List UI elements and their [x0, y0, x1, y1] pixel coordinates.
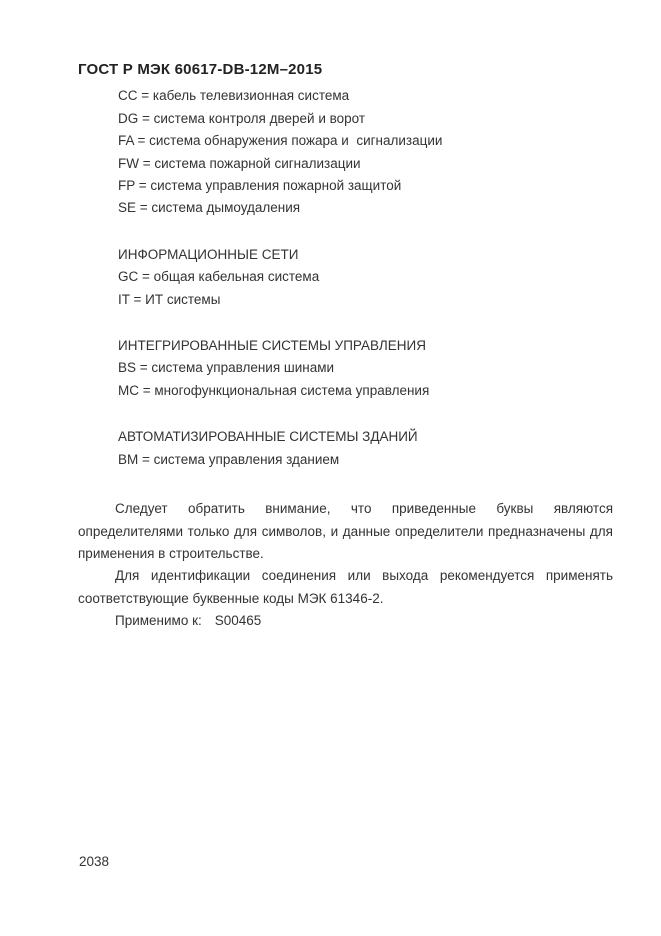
abbreviation-item: BS = система управления шинами	[118, 357, 613, 379]
applies-to-label: Применимо к:	[115, 613, 202, 628]
paragraph-line: соответствующие буквенные коды МЭК 61346…	[78, 588, 613, 610]
document-page: ГОСТ Р МЭК 60617-DB-12M–2015 CC = кабель…	[0, 0, 661, 936]
abbreviation-group-information-networks: ИНФОРМАЦИОННЫЕ СЕТИ GC = общая кабельная…	[78, 244, 613, 311]
abbreviation-item: FW = система пожарной сигнализации	[118, 153, 613, 175]
abbreviation-item: FA = система обнаружения пожара и сигнал…	[118, 130, 613, 152]
paragraph-line: Следует обратить внимание, что приведенн…	[78, 498, 613, 520]
applies-to-value: S00465	[215, 613, 262, 628]
paragraph-line: применения в строительстве.	[78, 543, 613, 565]
abbreviation-item: SE = система дымоудаления	[118, 197, 613, 219]
page-number: 2038	[79, 851, 109, 873]
section-heading: ИНФОРМАЦИОННЫЕ СЕТИ	[118, 244, 613, 266]
recommendation-paragraph: Для идентификации соединения или выхода …	[78, 565, 613, 610]
paragraph-line: определителями только для символов, и да…	[78, 521, 613, 543]
abbreviation-item: GC = общая кабельная система	[118, 266, 613, 288]
document-title: ГОСТ Р МЭК 60617-DB-12M–2015	[78, 59, 613, 81]
abbreviation-item: CC = кабель телевизионная система	[118, 85, 613, 107]
note-paragraph: Следует обратить внимание, что приведенн…	[78, 498, 613, 565]
paragraph-line: Для идентификации соединения или выхода …	[78, 565, 613, 587]
abbreviation-group-integrated-control: ИНТЕГРИРОВАННЫЕ СИСТЕМЫ УПРАВЛЕНИЯ BS = …	[78, 335, 613, 402]
abbreviation-item: IT = ИТ системы	[118, 289, 613, 311]
abbreviation-item: MC = многофункциональная система управле…	[118, 380, 613, 402]
section-heading: АВТОМАТИЗИРОВАННЫЕ СИСТЕМЫ ЗДАНИЙ	[118, 426, 613, 448]
applies-to-row: Применимо к:S00465	[78, 610, 613, 632]
abbreviation-group-automated-buildings: АВТОМАТИЗИРОВАННЫЕ СИСТЕМЫ ЗДАНИЙ BM = с…	[78, 426, 613, 471]
abbreviation-item: DG = система контроля дверей и ворот	[118, 108, 613, 130]
section-heading: ИНТЕГРИРОВАННЫЕ СИСТЕМЫ УПРАВЛЕНИЯ	[118, 335, 613, 357]
abbreviation-item: FP = система управления пожарной защитой	[118, 175, 613, 197]
abbreviation-item: BM = система управления зданием	[118, 449, 613, 471]
abbreviation-group-building-systems: CC = кабель телевизионная система DG = с…	[78, 85, 613, 219]
